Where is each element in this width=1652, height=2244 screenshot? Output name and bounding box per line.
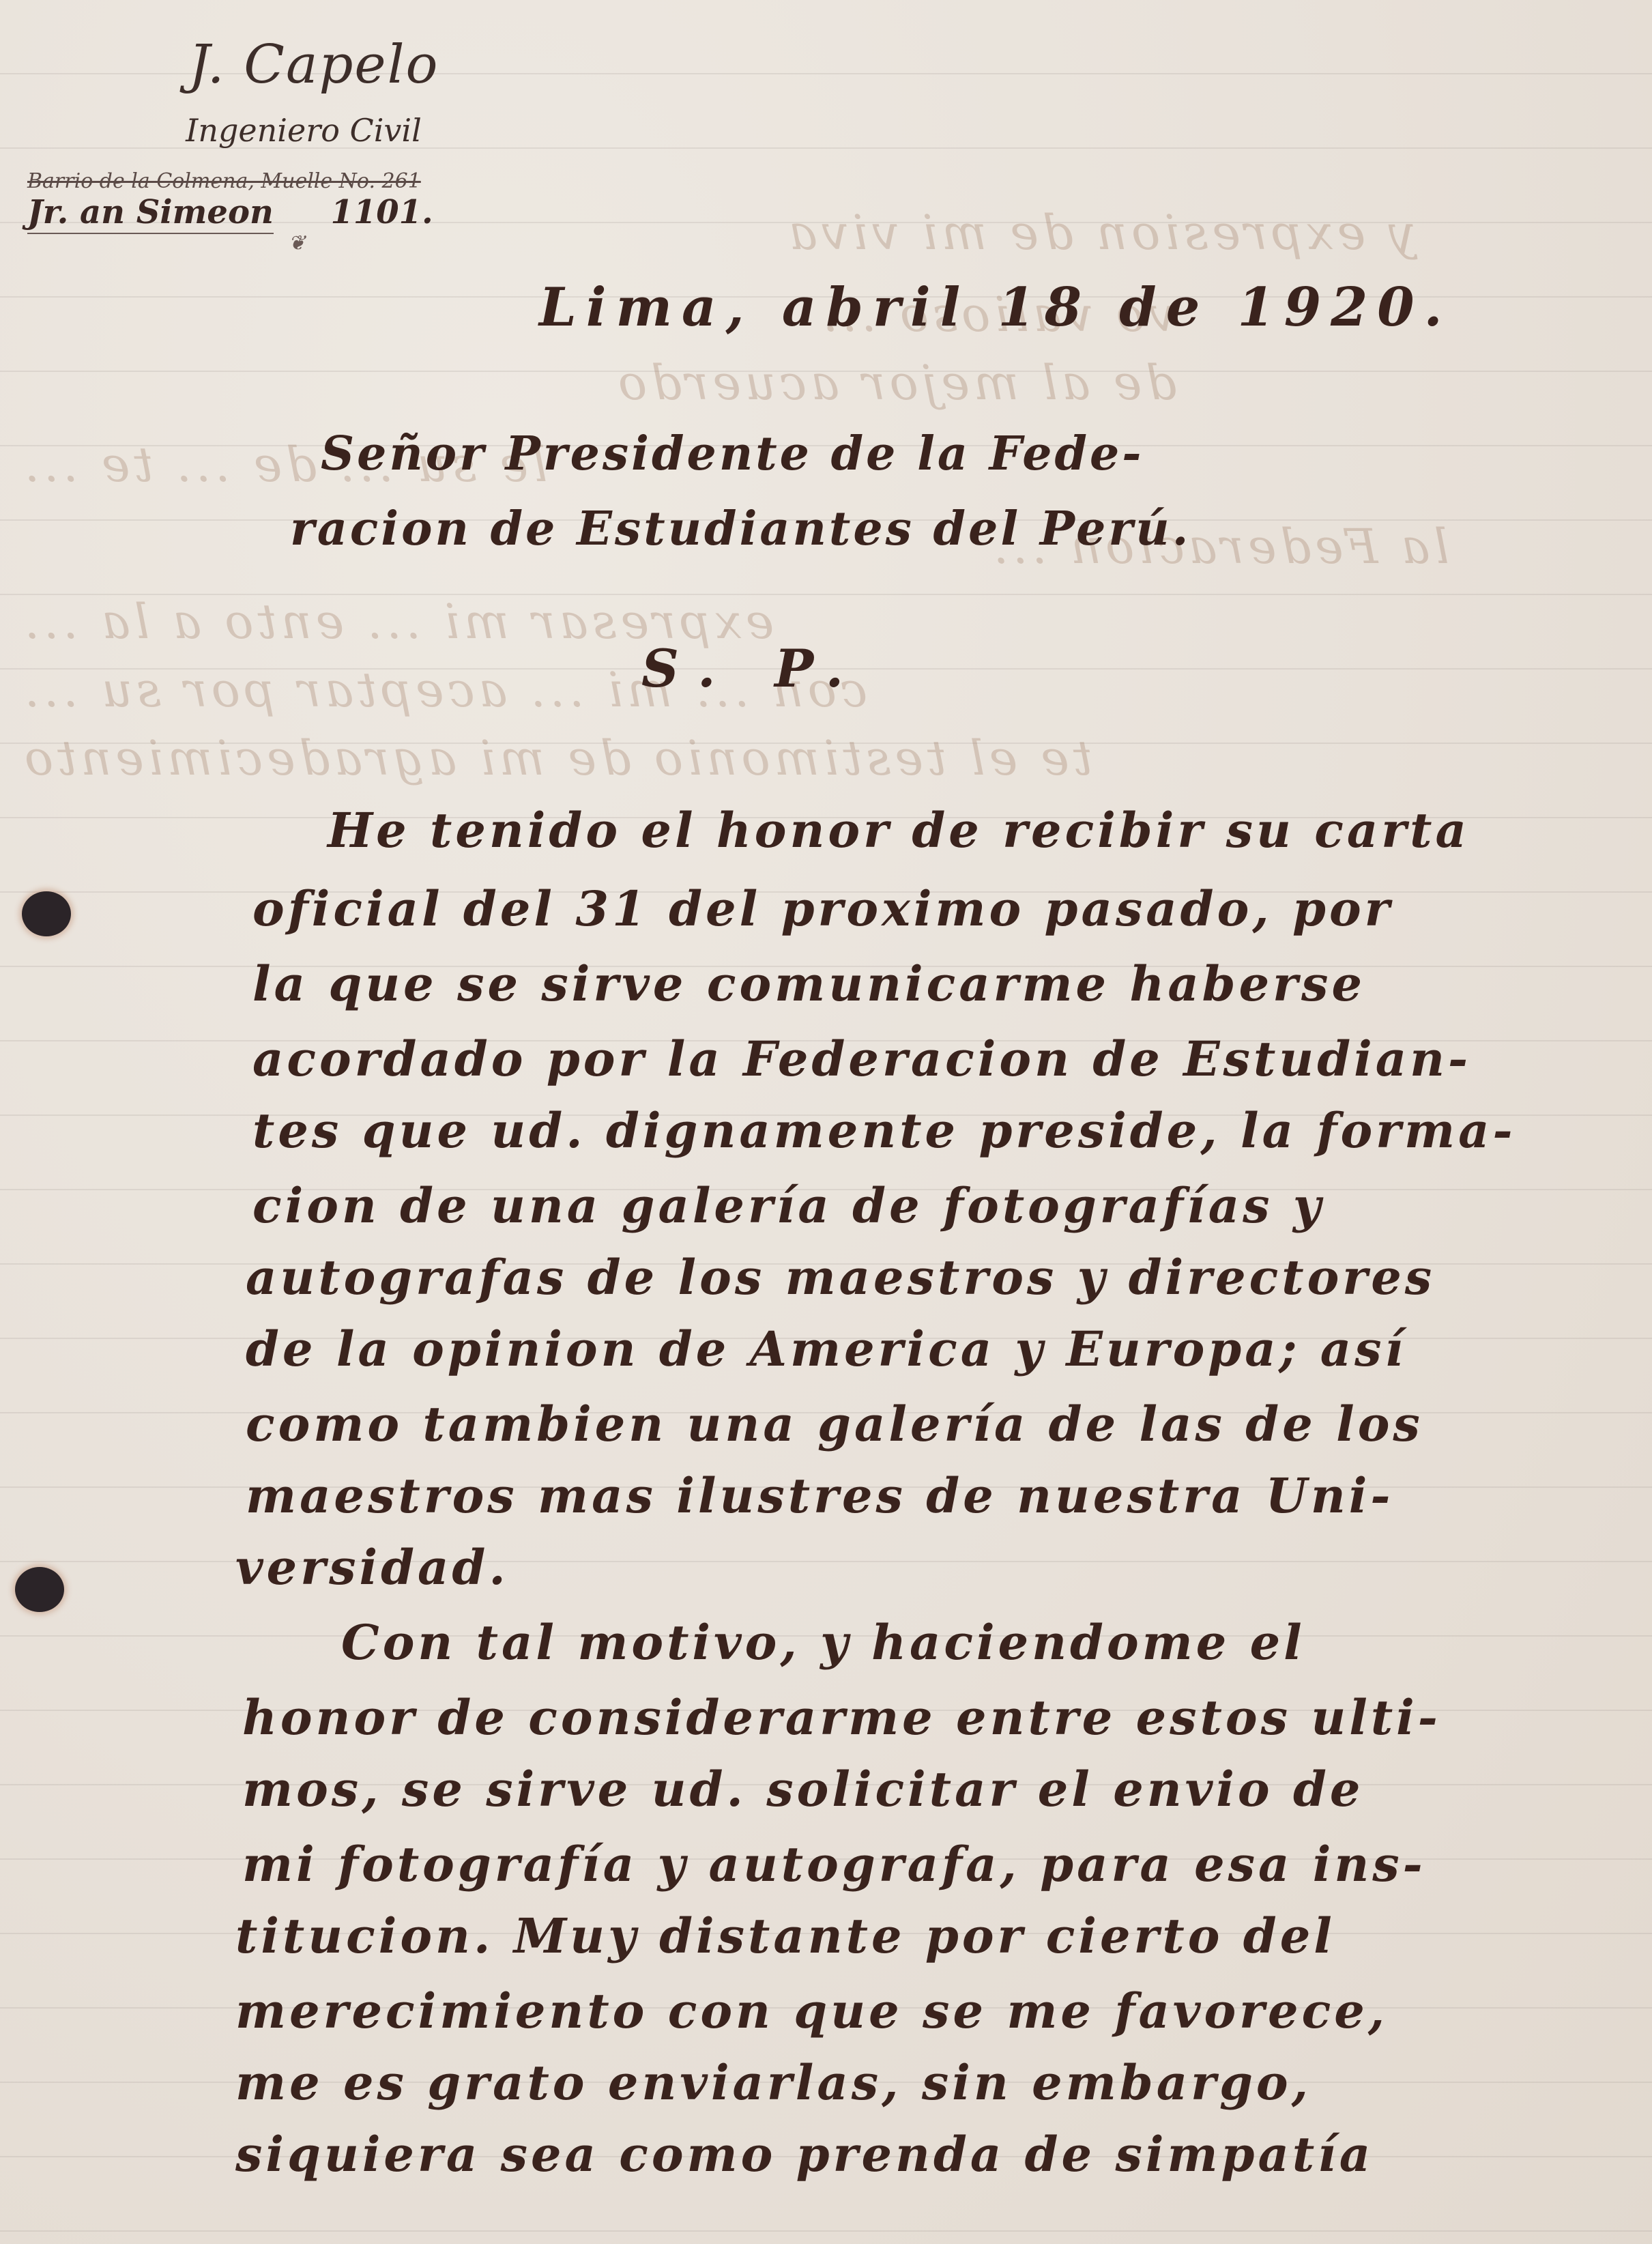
- letterhead-new-address: Jr. an Simeon 1101.: [27, 193, 560, 231]
- body-line: siquiera sea como prenda de simpatía: [235, 2126, 1374, 2183]
- body-line: Con tal motivo, y haciendome el: [341, 1614, 1305, 1671]
- bleed-through-line: te el testimonio de mi agradecimiento: [20, 730, 1092, 786]
- body-line: merecimiento con que se me favorece,: [235, 1983, 1388, 2039]
- body-line: titucion. Muy distante por cierto del: [235, 1908, 1335, 1964]
- body-line: mos, se sirve ud. solicitar el envio de: [242, 1761, 1363, 1817]
- body-line: de la opinion de America y Europa; así: [246, 1321, 1406, 1377]
- bleed-through-line: de al mejor acuerdo: [614, 355, 1176, 411]
- letterhead: J. Capelo Ingeniero Civil Barrio de la C…: [27, 34, 560, 255]
- dateline: Lima, abril 18 de 1920.: [539, 276, 1452, 339]
- fleuron-ornament-icon: ❦: [34, 231, 560, 255]
- bleed-through-line: y expresion de mi viva: [785, 205, 1416, 261]
- body-line: cion de una galería de fotografías y: [252, 1177, 1324, 1234]
- body-line: autografas de los maestros y directores: [246, 1249, 1435, 1306]
- letterhead-title: Ingeniero Civil: [48, 112, 560, 149]
- body-line: acordado por la Federacion de Estudian-: [252, 1031, 1471, 1087]
- body-line: la que se sirve comunicarme haberse: [252, 955, 1365, 1012]
- body-line: tes que ud. dignamente preside, la forma…: [252, 1102, 1516, 1159]
- addressee-line: Señor Presidente de la Fede-: [321, 427, 1144, 481]
- new-address-number: 1101.: [330, 193, 433, 231]
- body-line: He tenido el honor de recibir su carta: [328, 802, 1470, 859]
- body-line: honor de considerarme entre estos ulti-: [242, 1689, 1441, 1746]
- punch-hole: [15, 1567, 64, 1612]
- punch-hole: [22, 891, 71, 936]
- addressee-line: racion de Estudiantes del Perú.: [290, 502, 1191, 556]
- body-line: oficial del 31 del proximo pasado, por: [252, 880, 1393, 937]
- salutation: S. P.: [641, 638, 864, 699]
- body-line: me es grato enviarlas, sin embargo,: [235, 2054, 1312, 2111]
- letterhead-name: J. Capelo: [68, 34, 560, 96]
- new-address-street: Jr. an Simeon: [27, 193, 274, 234]
- body-line: versidad.: [235, 1539, 509, 1596]
- body-line: mi fotografía y autografa, para esa ins-: [242, 1836, 1426, 1893]
- body-line: como tambien una galería de las de los: [246, 1396, 1423, 1452]
- letterhead-old-address-struck: Barrio de la Colmena, Muelle No. 261: [27, 169, 560, 193]
- body-line: maestros mas ilustres de nuestra Uni-: [246, 1467, 1393, 1524]
